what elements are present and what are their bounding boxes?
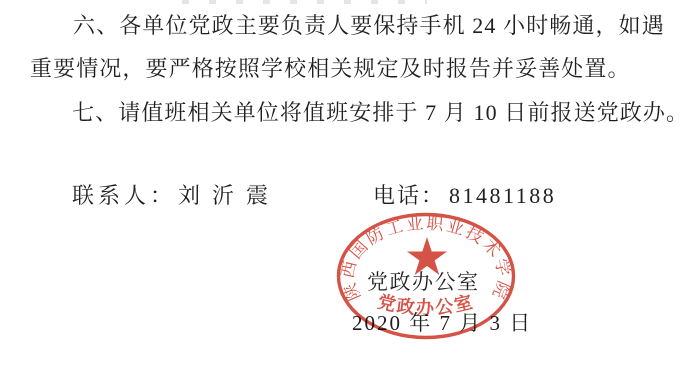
contact-person-label: 联系人： <box>72 183 176 208</box>
seal-bottom-text: 党政办公室 <box>376 290 477 318</box>
phone-number: 81481188 <box>449 183 556 208</box>
contact-row: 联系人：刘沂震 <box>72 183 280 209</box>
cropped-text-fragment <box>182 0 427 4</box>
contact-person-name: 刘沂震 <box>178 183 280 208</box>
paragraph-six-line-1: 六、各单位党政主要负责人要保持手机 24 小时畅通，如遇 <box>73 13 665 39</box>
phone-label: 电话： <box>373 183 445 208</box>
red-star-icon <box>407 237 447 275</box>
document-page: 六、各单位党政主要负责人要保持手机 24 小时畅通，如遇 重要情况，要严格按照学… <box>0 0 689 388</box>
paragraph-six-line-2: 重要情况，要严格按照学校相关规定及时报告并妥善处置。 <box>30 56 631 82</box>
official-seal: 陕西国防工业职业技术学院 党政办公室 <box>330 206 522 346</box>
paragraph-seven-line: 七、请值班相关单位将值班安排于 7 月 10 日前报送党政办。 <box>72 100 689 126</box>
